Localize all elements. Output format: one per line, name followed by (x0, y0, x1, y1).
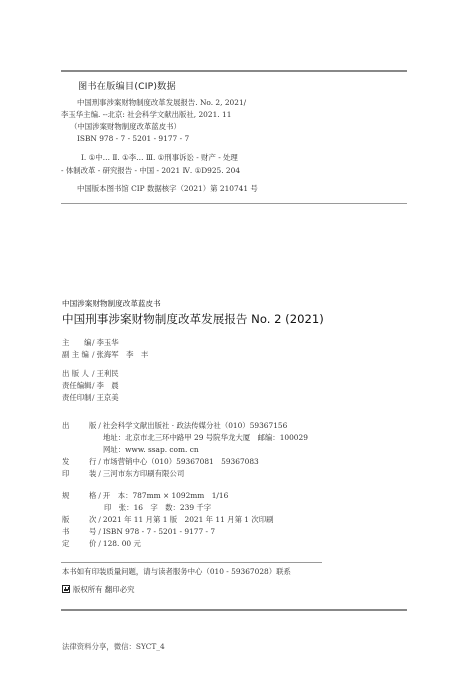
isbn-value: ISBN 978 - 7 - 5201 - 9177 - 7 (103, 527, 215, 536)
credit-responsible-editor: 责任编辑/李 晨 (62, 381, 119, 391)
price-value: 128. 00 元 (103, 539, 141, 548)
price-row: 定价/128. 00 元 (62, 539, 141, 549)
printing-value: 三河市东方印刷有限公司 (103, 469, 184, 478)
copyright-seal-icon (62, 585, 70, 593)
sheets-value: 印 张：16 字 数：239 千字 (104, 503, 211, 513)
credit-value: 李 晨 (97, 381, 119, 390)
credit-value: 王京美 (97, 393, 119, 402)
edition-value: 2021 年 11 月第 1 版 2021 年 11 月第 1 次印刷 (103, 515, 274, 524)
credit-printing-supervisor: 责任印制/王京美 (62, 393, 119, 403)
cip-line-1: 中国刑事涉案财物制度改革发展报告. No. 2, 2021/ (77, 98, 246, 108)
cip-heading: 图书在版编目(CIP)数据 (78, 78, 176, 92)
share-footer: 法律资料分享，微信：SYCT_4 (62, 641, 165, 652)
credit-label: 出 版 人 (62, 369, 90, 379)
isbn-row: 书号/ISBN 978 - 7 - 5201 - 9177 - 7 (62, 527, 215, 537)
series-name: 中国涉案财物制度改革蓝皮书 (62, 298, 161, 309)
printing-row: 印装/三河市东方印刷有限公司 (62, 469, 184, 479)
specs-bottom-rule (61, 562, 322, 563)
credit-label: 主 编 (62, 338, 90, 348)
cip-line-4: ISBN 978 - 7 - 5201 - 9177 - 7 (77, 134, 189, 144)
edition-row: 版次/2021 年 11 月第 1 版 2021 年 11 月第 1 次印刷 (62, 515, 274, 525)
publisher-address: 地址：北京市北三环中路甲 29 号院华龙大厦 邮编：100029 (103, 433, 308, 443)
credit-label: 副 主 编 (62, 350, 90, 360)
publisher-value: 社会科学文献出版社 · 政法传媒分社（010）59367156 (103, 421, 287, 430)
credit-editor: 主 编/李玉华 (62, 338, 119, 348)
format-value: 开 本：787mm × 1092mm 1/16 (103, 491, 228, 500)
quality-notice: 本书如有印装质量问题，请与读者服务中心（010 - 59367028）联系 (62, 567, 291, 577)
cip-bottom-rule (61, 203, 407, 204)
credit-publisher-person: 出 版 人/王利民 (62, 369, 119, 379)
credit-deputy-editor: 副 主 编/张海军 李 丰 (62, 350, 148, 360)
credit-value: 王利民 (97, 369, 119, 378)
credit-value: 张海军 李 丰 (97, 350, 149, 359)
distribution-row: 发行/市场营销中心（010）59367081 59367083 (62, 457, 259, 467)
credit-label: 责任编辑 (62, 381, 90, 391)
cip-line-3: （中国涉案财物制度改革蓝皮书） (70, 122, 181, 132)
cip-classification-2: - 体制改革 - 研究报告 - 中国 - 2021 Ⅳ. ①D925. 204 (61, 166, 240, 176)
publisher-row: 出版/社会科学文献出版社 · 政法传媒分社（010）59367156 (62, 421, 287, 431)
publisher-website: 网址：www. ssap. com. cn (103, 445, 199, 455)
cip-number: 中国版本图书馆 CIP 数据核字（2021）第 210741 号 (77, 184, 258, 194)
credit-value: 李玉华 (97, 338, 119, 347)
top-rule (61, 70, 407, 72)
copyright-page: 图书在版编目(CIP)数据 中国刑事涉案财物制度改革发展报告. No. 2, 2… (0, 0, 468, 675)
credit-label: 责任印制 (62, 393, 90, 403)
distribution-value: 市场营销中心（010）59367081 59367083 (103, 457, 259, 466)
cip-line-2: 李玉华主编. --北京: 社会科学文献出版社, 2021. 11 (61, 110, 231, 120)
rights-notice: 版权所有 翻印必究 (62, 585, 134, 595)
bottom-rule (61, 609, 407, 611)
book-title: 中国刑事涉案财物制度改革发展报告 No. 2 (2021) (62, 311, 324, 327)
cip-classification-1: Ⅰ. ①中… Ⅱ. ①李… Ⅲ. ①刑事诉讼 - 财产 - 处理 (81, 153, 238, 163)
format-row: 规格/开 本：787mm × 1092mm 1/16 (62, 491, 228, 501)
